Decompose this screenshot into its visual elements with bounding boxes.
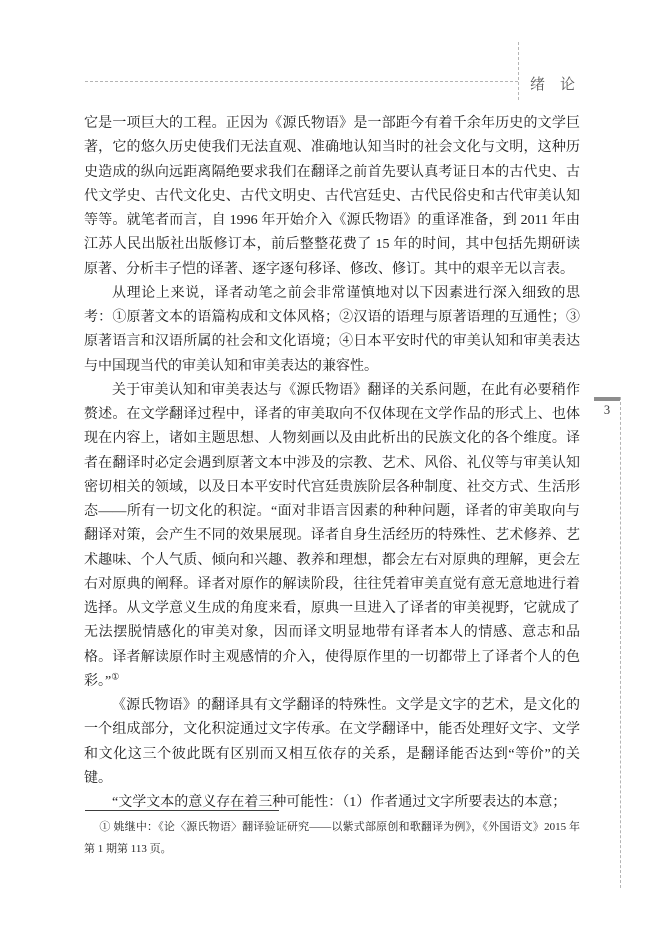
running-header-title: 绪论 — [530, 73, 590, 94]
body-paragraph-3-text: 关于审美认知和审美表达与《源氏物语》翻译的关系问题，在此有必要稍作赘述。在文学翻… — [84, 383, 580, 689]
page-body: 它是一项巨大的工程。正因为《源氏物语》是一部距今有着千余年历史的文学巨著，它的悠… — [84, 112, 580, 815]
footnote-separator-rule — [85, 810, 279, 811]
header-vertical-rule — [518, 42, 519, 100]
book-page: { "header": { "section_title": "绪论" }, "… — [0, 0, 661, 925]
footnote-ref-mark: ① — [111, 671, 119, 681]
body-paragraph-5: “文学文本的意义存在着三种可能性：（1）作者通过文字所要表达的本意； — [84, 791, 580, 815]
body-paragraph-2: 从理论上来说，译者动笔之前会非常谨慎地对以下因素进行深入细致的思考：①原著文本的… — [84, 282, 580, 379]
body-paragraph-1: 它是一项巨大的工程。正因为《源氏物语》是一部距今有着千余年历史的文学巨著，它的悠… — [84, 112, 580, 282]
footnote-text: ① 姚继中：《论〈源氏物语〉翻译验证研究——以紫式部原创和歌翻译为例》，《外国语… — [84, 816, 580, 860]
header-horizontal-rule — [85, 81, 518, 82]
body-paragraph-3: 关于审美认知和审美表达与《源氏物语》翻译的关系问题，在此有必要稍作赘述。在文学翻… — [84, 379, 580, 694]
margin-vertical-rule — [620, 397, 621, 888]
page-number: 3 — [594, 403, 620, 418]
body-paragraph-4: 《源氏物语》的翻译具有文学翻译的特殊性。文学是文字的艺术，是文化的一个组成部分，… — [84, 694, 580, 791]
page-number-marker-bar — [594, 397, 620, 401]
